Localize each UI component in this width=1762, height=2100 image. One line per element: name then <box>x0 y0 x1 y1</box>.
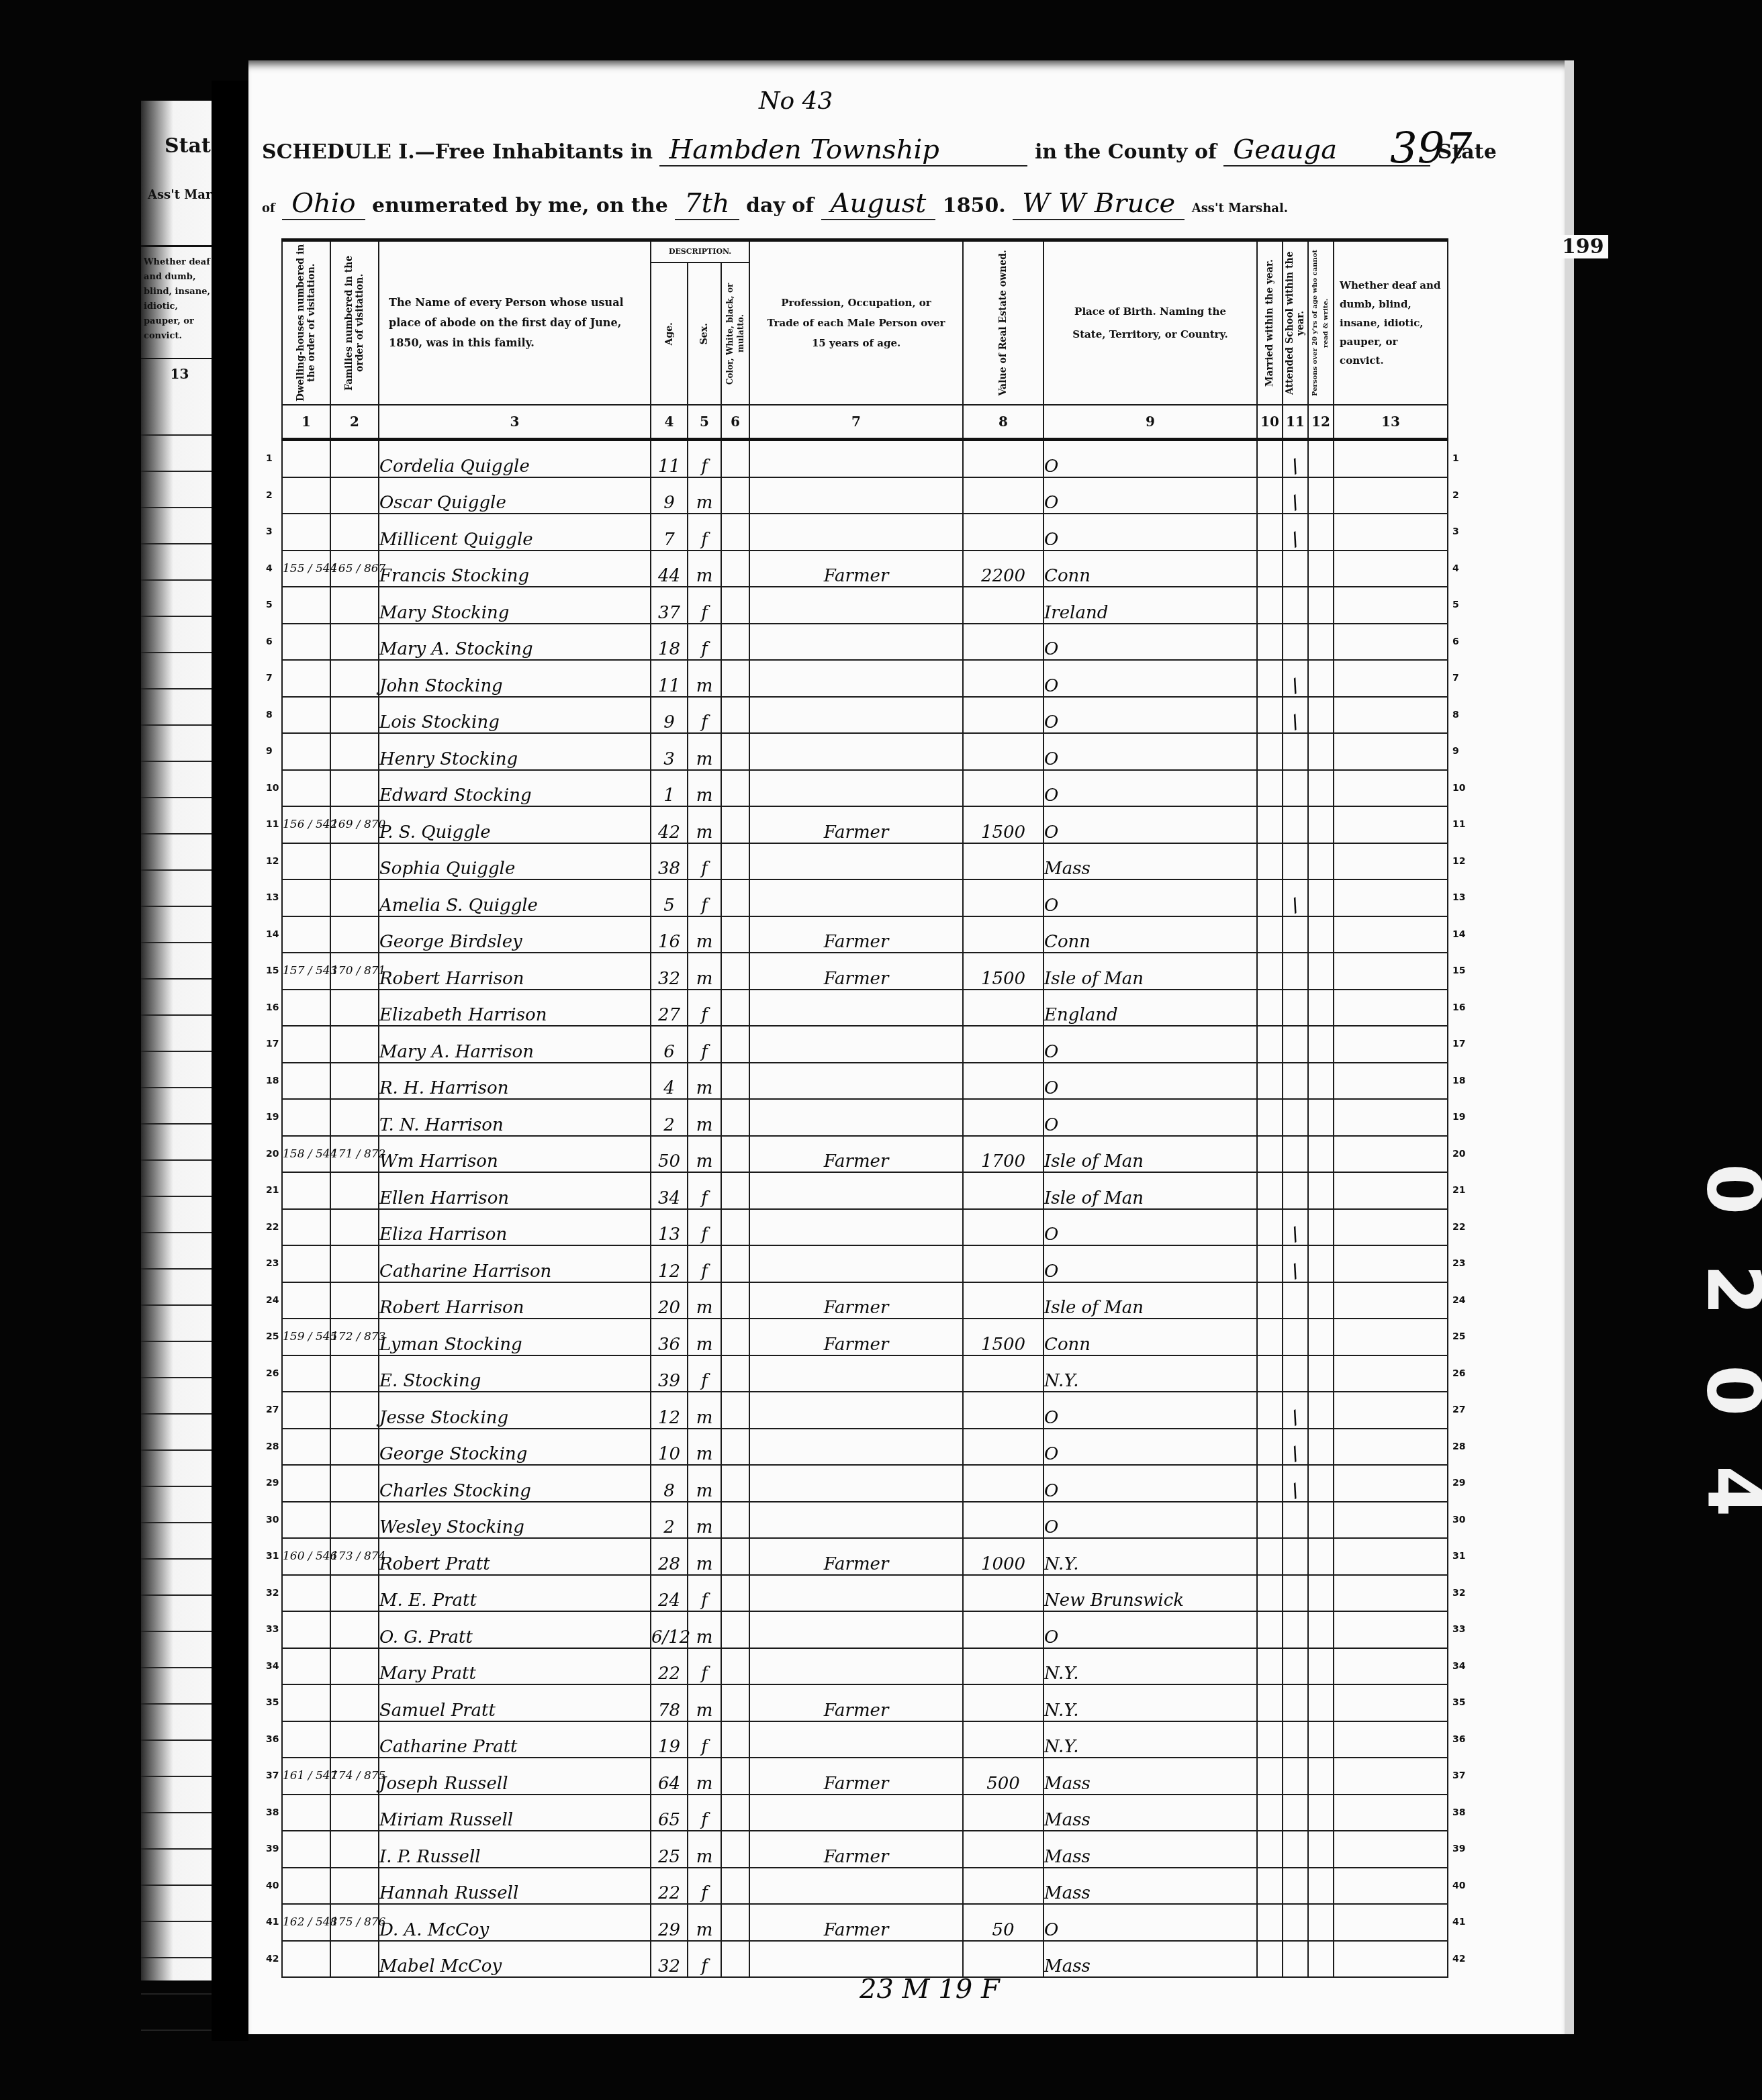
age: 9 <box>651 477 688 514</box>
disability-status <box>1334 1684 1448 1721</box>
occupation: Farmer <box>749 1758 963 1795</box>
color <box>721 1245 749 1282</box>
col-header-8: Value of Real Estate owned. <box>963 240 1044 405</box>
sex: m <box>688 1465 721 1502</box>
occupation <box>749 1795 963 1831</box>
occupation <box>749 1721 963 1758</box>
line-number-left: 26 <box>262 1355 282 1392</box>
attended-school <box>1283 916 1308 953</box>
married-within-year <box>1257 990 1283 1027</box>
family-number <box>330 1831 379 1868</box>
age: 38 <box>651 843 688 880</box>
dwelling-number <box>282 624 330 661</box>
table-row: 25159 / 545172 / 873Lyman Stocking36mFar… <box>262 1319 1487 1355</box>
color <box>721 1355 749 1392</box>
disability-status <box>1334 1795 1448 1831</box>
col-number-6: 6 <box>721 405 749 440</box>
family-number <box>330 1611 379 1648</box>
col-header-6: Color, White, black, or mulatto. <box>721 262 749 405</box>
attended-school: / <box>1283 697 1308 734</box>
color <box>721 1502 749 1539</box>
real-estate-value <box>963 1465 1044 1502</box>
married-within-year <box>1257 953 1283 990</box>
occupation <box>749 879 963 916</box>
line-number-right: 17 <box>1448 1026 1487 1063</box>
year-label: 1850. <box>943 194 1006 218</box>
birthplace: England <box>1044 990 1257 1027</box>
real-estate-value <box>963 1282 1044 1319</box>
dwelling-number <box>282 733 330 770</box>
line-number-left: 9 <box>262 733 282 770</box>
township-field: Hambden Township <box>659 134 1027 166</box>
table-row: 11156 / 542169 / 870P. S. Quiggle42mFarm… <box>262 806 1487 843</box>
line-number-right: 37 <box>1448 1758 1487 1795</box>
dwelling-number <box>282 1684 330 1721</box>
occupation <box>749 1099 963 1136</box>
line-number-right: 35 <box>1448 1684 1487 1721</box>
family-number <box>330 1684 379 1721</box>
real-estate-value <box>963 843 1044 880</box>
occupation: Farmer <box>749 1831 963 1868</box>
sex: f <box>688 879 721 916</box>
person-name: Miriam Russell <box>379 1795 651 1831</box>
disability-status <box>1334 1245 1448 1282</box>
table-row: 39I. P. Russell25mFarmerMass39 <box>262 1831 1487 1868</box>
table-row: 26E. Stocking39fN.Y.26 <box>262 1355 1487 1392</box>
occupation <box>749 1941 963 1978</box>
married-within-year <box>1257 1941 1283 1978</box>
family-number <box>330 1355 379 1392</box>
birthplace: Mass <box>1044 1758 1257 1795</box>
occupation: Farmer <box>749 1684 963 1721</box>
color <box>721 514 749 551</box>
family-number <box>330 1026 379 1063</box>
table-row: 38Miriam Russell65fMass38 <box>262 1795 1487 1831</box>
line-number-left: 32 <box>262 1575 282 1612</box>
occupation <box>749 514 963 551</box>
attended-school <box>1283 990 1308 1027</box>
married-within-year <box>1257 1282 1283 1319</box>
line-number-left: 41 <box>262 1904 282 1941</box>
married-within-year <box>1257 1319 1283 1355</box>
age: 2 <box>651 1502 688 1539</box>
book-gutter <box>212 81 248 2041</box>
color <box>721 1465 749 1502</box>
color <box>721 1575 749 1612</box>
line-number-right: 11 <box>1448 806 1487 843</box>
birthplace: N.Y. <box>1044 1648 1257 1685</box>
line-number-left: 20 <box>262 1136 282 1173</box>
col-number-13: 13 <box>1334 405 1448 440</box>
birthplace: Conn <box>1044 916 1257 953</box>
left-facing-page: State Ass't Marshal. Whether deaf and du… <box>141 101 222 1980</box>
family-number <box>330 1868 379 1905</box>
dwelling-number <box>282 1648 330 1685</box>
cannot-read-write <box>1308 879 1334 916</box>
age: 78 <box>651 1684 688 1721</box>
disability-status <box>1334 624 1448 661</box>
married-within-year <box>1257 1465 1283 1502</box>
color <box>721 1941 749 1978</box>
sex: f <box>688 1795 721 1831</box>
occupation <box>749 587 963 624</box>
birthplace: O <box>1044 879 1257 916</box>
attended-school <box>1283 770 1308 807</box>
birthplace: Isle of Man <box>1044 1136 1257 1173</box>
family-number <box>330 733 379 770</box>
birthplace: N.Y. <box>1044 1721 1257 1758</box>
real-estate-value <box>963 1429 1044 1466</box>
cannot-read-write <box>1308 514 1334 551</box>
day-of-label: day of <box>746 194 814 218</box>
sex: f <box>688 1245 721 1282</box>
birthplace: O <box>1044 1245 1257 1282</box>
real-estate-value <box>963 440 1044 477</box>
person-name: Henry Stocking <box>379 733 651 770</box>
col-header-12: Persons over 20 y'rs of age who cannot r… <box>1308 240 1334 405</box>
table-row: 17Mary A. Harrison6fO17 <box>262 1026 1487 1063</box>
real-estate-value <box>963 1611 1044 1648</box>
sex: m <box>688 1684 721 1721</box>
person-name: Sophia Quiggle <box>379 843 651 880</box>
table-row: 1Cordelia Quiggle11fO/1 <box>262 440 1487 477</box>
cannot-read-write <box>1308 1136 1334 1173</box>
line-number-right: 21 <box>1448 1172 1487 1209</box>
line-number-left: 34 <box>262 1648 282 1685</box>
real-estate-value <box>963 514 1044 551</box>
disability-status <box>1334 1392 1448 1429</box>
age: 29 <box>651 1904 688 1941</box>
occupation <box>749 1245 963 1282</box>
line-number-right: 34 <box>1448 1648 1487 1685</box>
person-name: I. P. Russell <box>379 1831 651 1868</box>
sex: m <box>688 916 721 953</box>
attended-school <box>1283 1648 1308 1685</box>
dwelling-number <box>282 1502 330 1539</box>
table-row: 12Sophia Quiggle38fMass12 <box>262 843 1487 880</box>
age: 6 <box>651 1026 688 1063</box>
cannot-read-write <box>1308 1868 1334 1905</box>
age: 3 <box>651 733 688 770</box>
family-number: 171 / 872 <box>330 1136 379 1173</box>
real-estate-value: 1000 <box>963 1538 1044 1575</box>
description-group-header: DESCRIPTION. <box>651 240 749 263</box>
birthplace: Mass <box>1044 1795 1257 1831</box>
family-number <box>330 1575 379 1612</box>
person-name: Mary A. Stocking <box>379 624 651 661</box>
table-row: 28George Stocking10mO/28 <box>262 1429 1487 1466</box>
table-row: 5Mary Stocking37fIreland5 <box>262 587 1487 624</box>
birthplace: O <box>1044 733 1257 770</box>
disability-status <box>1334 1502 1448 1539</box>
enumeration-line: of Ohio enumerated by me, on the 7th day… <box>262 188 1288 219</box>
person-name: Wesley Stocking <box>379 1502 651 1539</box>
color <box>721 1026 749 1063</box>
printed-page-number: 199 <box>1558 235 1608 258</box>
line-number-left: 38 <box>262 1795 282 1831</box>
birthplace: N.Y. <box>1044 1684 1257 1721</box>
line-number-right: 16 <box>1448 990 1487 1027</box>
attended-school <box>1283 843 1308 880</box>
family-number <box>330 1245 379 1282</box>
cannot-read-write <box>1308 1502 1334 1539</box>
cannot-read-write <box>1308 733 1334 770</box>
age: 22 <box>651 1648 688 1685</box>
real-estate-value <box>963 1721 1044 1758</box>
table-row: 42Mabel McCoy32fMass42 <box>262 1941 1487 1978</box>
occupation <box>749 1429 963 1466</box>
col-number-8: 8 <box>963 405 1044 440</box>
col-number-9: 9 <box>1044 405 1257 440</box>
line-number-left: 6 <box>262 624 282 661</box>
family-number <box>330 1502 379 1539</box>
real-estate-value <box>963 1868 1044 1905</box>
family-number <box>330 1392 379 1429</box>
line-number-right: 27 <box>1448 1392 1487 1429</box>
age: 28 <box>651 1538 688 1575</box>
line-number-right: 38 <box>1448 1795 1487 1831</box>
attended-school <box>1283 1099 1308 1136</box>
line-number-right: 15 <box>1448 953 1487 990</box>
line-number-right: 13 <box>1448 879 1487 916</box>
dwelling-number <box>282 1026 330 1063</box>
dwelling-number <box>282 1355 330 1392</box>
dwelling-number <box>282 843 330 880</box>
real-estate-value <box>963 1575 1044 1612</box>
person-name: Millicent Quiggle <box>379 514 651 551</box>
age: 32 <box>651 1941 688 1978</box>
color <box>721 551 749 587</box>
line-number-right: 3 <box>1448 514 1487 551</box>
disability-status <box>1334 1099 1448 1136</box>
line-number-left: 7 <box>262 660 282 697</box>
age: 9 <box>651 697 688 734</box>
occupation <box>749 843 963 880</box>
disability-status <box>1334 1063 1448 1100</box>
person-name: Charles Stocking <box>379 1465 651 1502</box>
person-name: Catharine Pratt <box>379 1721 651 1758</box>
line-number-right: 4 <box>1448 551 1487 587</box>
sex: m <box>688 806 721 843</box>
schedule-title-line: SCHEDULE I.—Free Inhabitants in Hambden … <box>262 134 1497 166</box>
table-row: 37161 / 547174 / 875Joseph Russell64mFar… <box>262 1758 1487 1795</box>
attended-school <box>1283 1355 1308 1392</box>
age: 10 <box>651 1429 688 1466</box>
family-number <box>330 477 379 514</box>
birthplace: O <box>1044 770 1257 807</box>
married-within-year <box>1257 733 1283 770</box>
married-within-year <box>1257 1172 1283 1209</box>
table-row: 29Charles Stocking8mO/29 <box>262 1465 1487 1502</box>
sex: m <box>688 1904 721 1941</box>
col-header-1: Dwelling-houses numbered in the order of… <box>282 240 330 405</box>
line-number-left: 27 <box>262 1392 282 1429</box>
married-within-year <box>1257 1721 1283 1758</box>
line-number-left: 21 <box>262 1172 282 1209</box>
occupation <box>749 1063 963 1100</box>
sex: m <box>688 1063 721 1100</box>
cannot-read-write <box>1308 916 1334 953</box>
dwelling-number <box>282 1575 330 1612</box>
disability-status <box>1334 1575 1448 1612</box>
dwelling-number <box>282 1172 330 1209</box>
birthplace: O <box>1044 1502 1257 1539</box>
disability-status <box>1334 1831 1448 1868</box>
occupation <box>749 1209 963 1246</box>
family-number <box>330 1941 379 1978</box>
married-within-year <box>1257 514 1283 551</box>
age: 1 <box>651 770 688 807</box>
occupation: Farmer <box>749 953 963 990</box>
person-name: T. N. Harrison <box>379 1099 651 1136</box>
table-row: 31160 / 546173 / 874Robert Pratt28mFarme… <box>262 1538 1487 1575</box>
married-within-year <box>1257 624 1283 661</box>
cannot-read-write <box>1308 477 1334 514</box>
line-number-left: 1 <box>262 440 282 477</box>
occupation: Farmer <box>749 551 963 587</box>
dwelling-number <box>282 477 330 514</box>
attended-school <box>1283 1282 1308 1319</box>
line-number-right: 33 <box>1448 1611 1487 1648</box>
person-name: Lois Stocking <box>379 697 651 734</box>
person-name: Robert Harrison <box>379 1282 651 1319</box>
age: 2 <box>651 1099 688 1136</box>
real-estate-value: 1700 <box>963 1136 1044 1173</box>
birthplace: N.Y. <box>1044 1355 1257 1392</box>
dwelling-number <box>282 587 330 624</box>
disability-status <box>1334 1282 1448 1319</box>
line-number-right: 32 <box>1448 1575 1487 1612</box>
disability-status <box>1334 1538 1448 1575</box>
dwelling-number: 156 / 542 <box>282 806 330 843</box>
color <box>721 660 749 697</box>
table-row: 24Robert Harrison20mFarmerIsle of Man24 <box>262 1282 1487 1319</box>
married-within-year <box>1257 1758 1283 1795</box>
color <box>721 1795 749 1831</box>
birthplace: Mass <box>1044 843 1257 880</box>
table-row: 16Elizabeth Harrison27fEngland16 <box>262 990 1487 1027</box>
real-estate-value <box>963 1026 1044 1063</box>
sex: m <box>688 953 721 990</box>
school-tick-mark: / <box>1287 1225 1303 1245</box>
census-rows: 1Cordelia Quiggle11fO/12Oscar Quiggle9mO… <box>262 440 1487 1978</box>
color <box>721 440 749 477</box>
attended-school: / <box>1283 514 1308 551</box>
color <box>721 1172 749 1209</box>
disability-status <box>1334 1758 1448 1795</box>
occupation <box>749 660 963 697</box>
attended-school <box>1283 1136 1308 1173</box>
county-field: Geauga <box>1223 134 1430 166</box>
person-name: E. Stocking <box>379 1355 651 1392</box>
cannot-read-write <box>1308 1063 1334 1100</box>
birthplace: O <box>1044 440 1257 477</box>
disability-status <box>1334 1026 1448 1063</box>
school-tick-mark: / <box>1287 712 1303 733</box>
occupation <box>749 697 963 734</box>
sex: f <box>688 1721 721 1758</box>
married-within-year <box>1257 1831 1283 1868</box>
occupation <box>749 1355 963 1392</box>
married-within-year <box>1257 1611 1283 1648</box>
cannot-read-write <box>1308 1795 1334 1831</box>
real-estate-value <box>963 1648 1044 1685</box>
person-name: Samuel Pratt <box>379 1684 651 1721</box>
school-tick-mark: / <box>1287 456 1303 477</box>
married-within-year <box>1257 1868 1283 1905</box>
family-number <box>330 660 379 697</box>
state-field: Ohio <box>282 188 365 220</box>
real-estate-value: 500 <box>963 1758 1044 1795</box>
line-number-right: 10 <box>1448 770 1487 807</box>
disability-status <box>1334 1611 1448 1648</box>
dwelling-number: 161 / 547 <box>282 1758 330 1795</box>
table-row: 32M. E. Pratt24fNew Brunswick32 <box>262 1575 1487 1612</box>
real-estate-value <box>963 1795 1044 1831</box>
cannot-read-write <box>1308 1904 1334 1941</box>
sex: m <box>688 1611 721 1648</box>
family-number <box>330 770 379 807</box>
occupation <box>749 770 963 807</box>
line-number-right: 9 <box>1448 733 1487 770</box>
sex: m <box>688 1099 721 1136</box>
occupation <box>749 624 963 661</box>
cannot-read-write <box>1308 843 1334 880</box>
sex: f <box>688 587 721 624</box>
col-number-11: 11 <box>1283 405 1308 440</box>
family-number: 174 / 875 <box>330 1758 379 1795</box>
line-number-left: 23 <box>262 1245 282 1282</box>
col-number-4: 4 <box>651 405 688 440</box>
age: 19 <box>651 1721 688 1758</box>
line-number-right: 6 <box>1448 624 1487 661</box>
table-row: 41162 / 548175 / 876D. A. McCoy29mFarmer… <box>262 1904 1487 1941</box>
married-within-year <box>1257 1429 1283 1466</box>
person-name: Lyman Stocking <box>379 1319 651 1355</box>
birthplace: O <box>1044 1063 1257 1100</box>
marshal-label: Ass't Marshal. <box>1192 201 1288 216</box>
attended-school <box>1283 1026 1308 1063</box>
dwelling-number <box>282 1868 330 1905</box>
birthplace: O <box>1044 624 1257 661</box>
cannot-read-write <box>1308 806 1334 843</box>
real-estate-value <box>963 1063 1044 1100</box>
state-label: State <box>1438 140 1497 164</box>
dwelling-number <box>282 1831 330 1868</box>
line-number-right: 18 <box>1448 1063 1487 1100</box>
attended-school: / <box>1283 1429 1308 1466</box>
table-row: 14George Birdsley16mFarmerConn14 <box>262 916 1487 953</box>
table-row: 23Catharine Harrison12fO/23 <box>262 1245 1487 1282</box>
age: 7 <box>651 514 688 551</box>
real-estate-value <box>963 1172 1044 1209</box>
disability-status <box>1334 1136 1448 1173</box>
attended-school: / <box>1283 660 1308 697</box>
real-estate-value <box>963 770 1044 807</box>
color <box>721 770 749 807</box>
color <box>721 843 749 880</box>
birthplace: Ireland <box>1044 587 1257 624</box>
cannot-read-write <box>1308 1026 1334 1063</box>
married-within-year <box>1257 1026 1283 1063</box>
table-row: 10Edward Stocking1mO10 <box>262 770 1487 807</box>
person-name: Robert Pratt <box>379 1538 651 1575</box>
occupation <box>749 1465 963 1502</box>
col-number-12: 12 <box>1308 405 1334 440</box>
line-number-right: 23 <box>1448 1245 1487 1282</box>
color <box>721 1209 749 1246</box>
line-number-left: 31 <box>262 1538 282 1575</box>
